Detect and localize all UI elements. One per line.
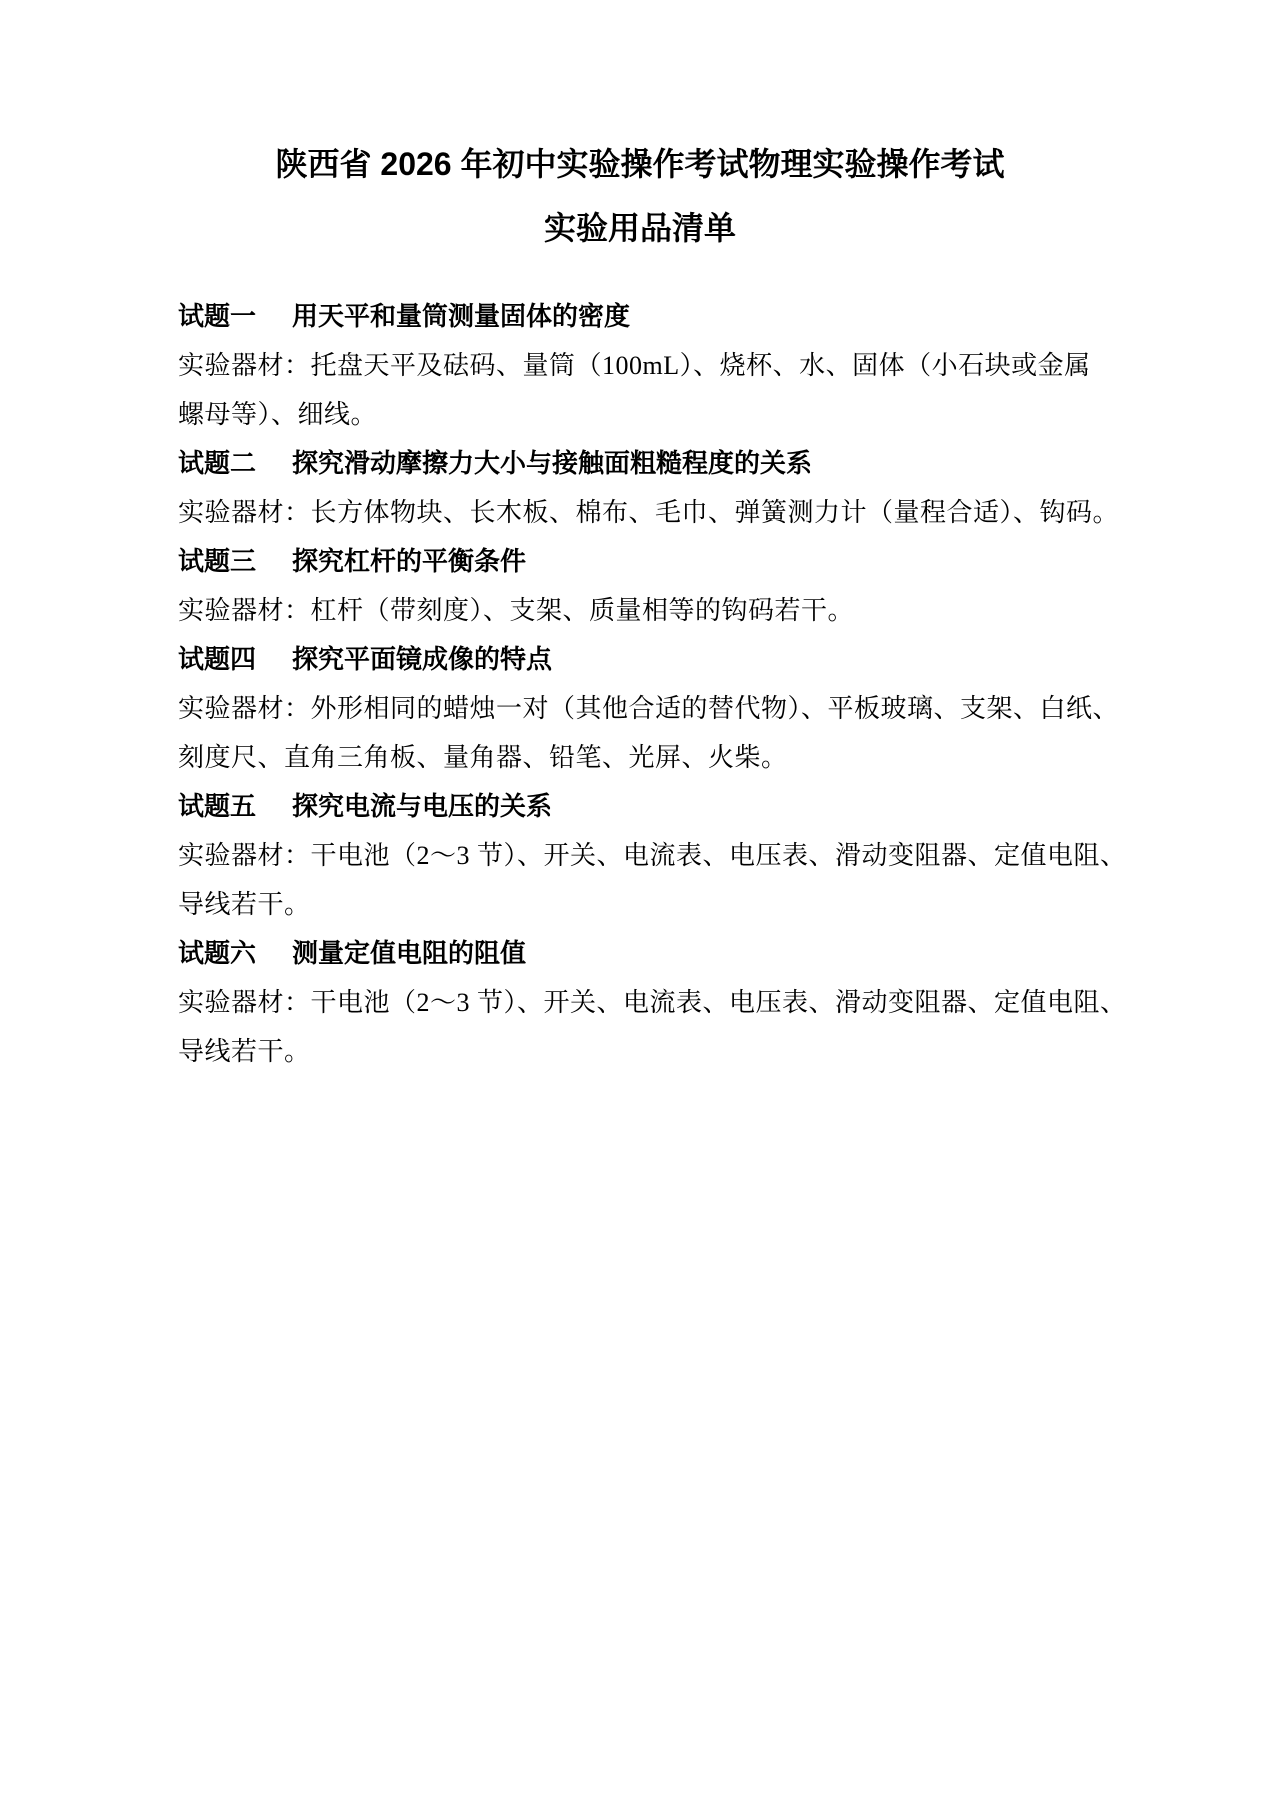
section-title: 探究滑动摩擦力大小与接触面粗糙程度的关系 <box>292 448 812 478</box>
section-heading: 试题三探究杠杆的平衡条件 <box>178 537 1118 586</box>
section-label: 试题一 <box>178 292 256 341</box>
section-label: 试题三 <box>178 537 256 586</box>
document-subtitle: 实验用品清单 <box>0 206 1280 250</box>
section: 试题三探究杠杆的平衡条件 实验器材：杠杆（带刻度）、支架、质量相等的钩码若干。 <box>178 537 1118 635</box>
materials-line: 实验器材：干电池（2～3 节）、开关、电流表、电压表、滑动变阻器、定值电阻、 <box>178 978 1118 1027</box>
section: 试题一用天平和量筒测量固体的密度 实验器材：托盘天平及砝码、量筒（100mL）、… <box>178 292 1118 439</box>
document-page: 陕西省 2026 年初中实验操作考试物理实验操作考试 实验用品清单 试题一用天平… <box>0 0 1280 1809</box>
materials-line: 螺母等）、细线。 <box>178 390 1118 439</box>
document-body: 试题一用天平和量筒测量固体的密度 实验器材：托盘天平及砝码、量筒（100mL）、… <box>178 292 1118 1076</box>
materials-line: 实验器材：长方体物块、长木板、棉布、毛巾、弹簧测力计（量程合适）、钩码。 <box>178 488 1118 537</box>
materials-line: 实验器材：杠杆（带刻度）、支架、质量相等的钩码若干。 <box>178 586 1118 635</box>
section-title: 用天平和量筒测量固体的密度 <box>292 301 630 331</box>
section-label: 试题六 <box>178 929 256 978</box>
section-title: 测量定值电阻的阻值 <box>292 938 526 968</box>
section-heading: 试题五探究电流与电压的关系 <box>178 782 1118 831</box>
section-title: 探究杠杆的平衡条件 <box>292 546 526 576</box>
section-label: 试题二 <box>178 439 256 488</box>
section: 试题二探究滑动摩擦力大小与接触面粗糙程度的关系 实验器材：长方体物块、长木板、棉… <box>178 439 1118 537</box>
section-title: 探究平面镜成像的特点 <box>292 644 552 674</box>
materials-line: 导线若干。 <box>178 1027 1118 1076</box>
section: 试题六测量定值电阻的阻值 实验器材：干电池（2～3 节）、开关、电流表、电压表、… <box>178 929 1118 1076</box>
materials-line: 实验器材：干电池（2～3 节）、开关、电流表、电压表、滑动变阻器、定值电阻、 <box>178 831 1118 880</box>
section-title: 探究电流与电压的关系 <box>292 791 552 821</box>
section-label: 试题五 <box>178 782 256 831</box>
materials-line: 导线若干。 <box>178 880 1118 929</box>
materials-line: 刻度尺、直角三角板、量角器、铅笔、光屏、火柴。 <box>178 733 1118 782</box>
section-label: 试题四 <box>178 635 256 684</box>
section: 试题四探究平面镜成像的特点 实验器材：外形相同的蜡烛一对（其他合适的替代物）、平… <box>178 635 1118 782</box>
section-heading: 试题六测量定值电阻的阻值 <box>178 929 1118 978</box>
section-heading: 试题四探究平面镜成像的特点 <box>178 635 1118 684</box>
document-title: 陕西省 2026 年初中实验操作考试物理实验操作考试 <box>0 0 1280 186</box>
materials-line: 实验器材：托盘天平及砝码、量筒（100mL）、烧杯、水、固体（小石块或金属 <box>178 341 1118 390</box>
section-heading: 试题一用天平和量筒测量固体的密度 <box>178 292 1118 341</box>
section-heading: 试题二探究滑动摩擦力大小与接触面粗糙程度的关系 <box>178 439 1118 488</box>
materials-line: 实验器材：外形相同的蜡烛一对（其他合适的替代物）、平板玻璃、支架、白纸、 <box>178 684 1118 733</box>
section: 试题五探究电流与电压的关系 实验器材：干电池（2～3 节）、开关、电流表、电压表… <box>178 782 1118 929</box>
